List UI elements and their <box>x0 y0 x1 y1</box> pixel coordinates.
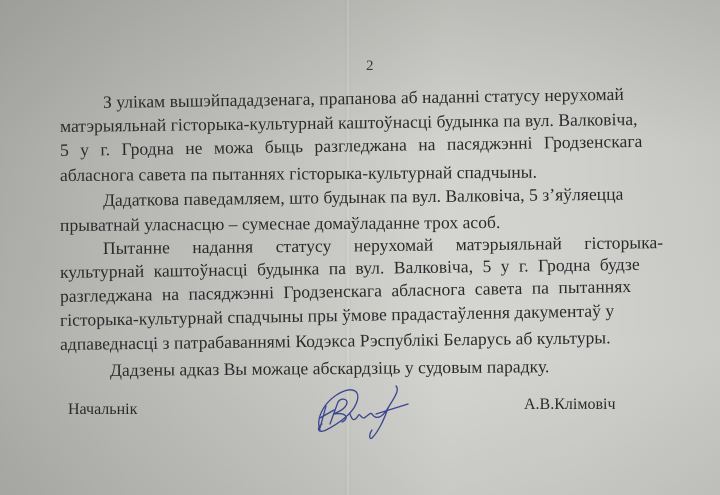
paragraph-3-line-5: адпаведнасці з патрабаваннямі Кодэкса Рэ… <box>60 327 611 355</box>
paragraph-2-line-1: Дадаткова паведамляем, што будынак па ву… <box>103 184 624 211</box>
paragraph-4-line-1: Дадзены адказ Вы можаце абскардзіць у су… <box>110 356 550 381</box>
signatory-title: Начальнік <box>68 401 137 419</box>
paragraph-2-line-2: прыватнай уласнасцю – сумеснае домаўлада… <box>60 212 500 236</box>
paragraph-1-line-4: абласнога савета па пытаннях гісторыка-к… <box>60 162 537 186</box>
handwritten-signature-icon <box>312 384 422 442</box>
signatory-name: А.В.Клімовіч <box>524 396 616 414</box>
page-number: 2 <box>366 58 374 75</box>
